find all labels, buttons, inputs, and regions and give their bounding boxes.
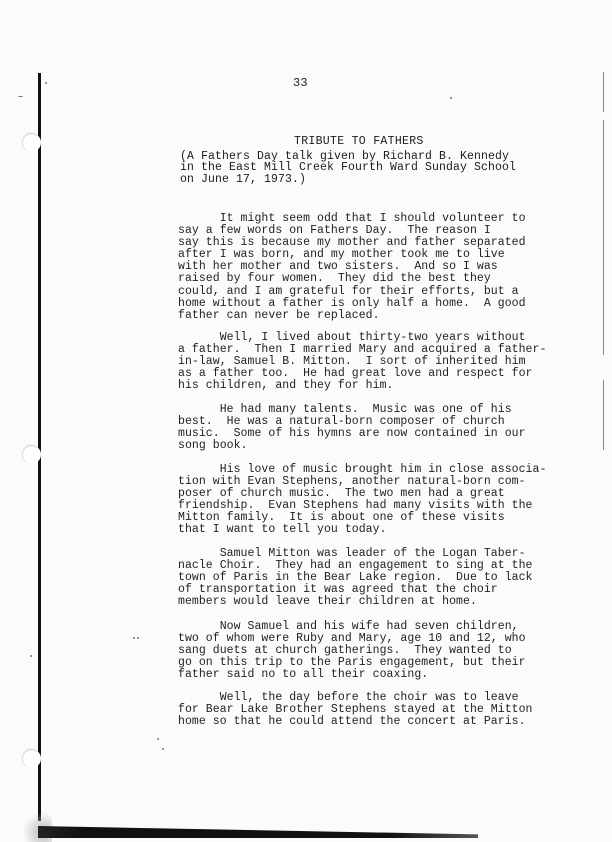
binder-hole-mark bbox=[22, 133, 41, 152]
right-margin-rule-segment bbox=[603, 72, 604, 112]
scan-speck bbox=[30, 655, 32, 657]
document-subtitle: (A Fathers Day talk given by Richard B. … bbox=[180, 151, 516, 185]
bottom-margin-rule bbox=[38, 826, 478, 838]
text-line: music. Some of his hymns are now contain… bbox=[178, 427, 526, 440]
text-line: say this is because my mother and father… bbox=[178, 236, 526, 249]
scan-speck bbox=[45, 82, 47, 84]
text-line: after I was born, and my mother took me … bbox=[178, 248, 505, 261]
right-margin-rule-segment bbox=[603, 120, 604, 355]
text-line: father said no to all their coaxing. bbox=[178, 668, 428, 681]
paragraph: His love of music brought him in close a… bbox=[178, 464, 546, 537]
scan-speck bbox=[162, 748, 164, 750]
scan-speck bbox=[450, 97, 452, 99]
paragraph: It might seem odd that I should voluntee… bbox=[178, 213, 526, 322]
text-line: Mitton family. It is about one of these … bbox=[178, 511, 505, 524]
text-line: in-law, Samuel B. Mitton. I sort of inhe… bbox=[178, 355, 526, 368]
scan-speck bbox=[157, 738, 159, 740]
text-line: town of Paris in the Bear Lake region. D… bbox=[178, 571, 533, 584]
paragraph: He had many talents. Music was one of hi… bbox=[178, 404, 526, 452]
binder-hole-mark bbox=[22, 749, 41, 768]
paragraph: Samuel Mitton was leader of the Logan Ta… bbox=[178, 548, 533, 608]
text-line: of transportation it was agreed that the… bbox=[178, 583, 498, 596]
text-line: friendship. Evan Stephens had many visit… bbox=[178, 499, 533, 512]
scan-speck bbox=[133, 637, 135, 639]
text-line: sang duets at church gatherings. They wa… bbox=[178, 644, 512, 657]
text-line: Well, the day before the choir was to le… bbox=[178, 691, 519, 704]
text-line: for Bear Lake Brother Stephens stayed at… bbox=[178, 703, 533, 716]
text-line: raised by four women. They did the best … bbox=[178, 272, 491, 285]
page-number: 33 bbox=[293, 76, 308, 90]
text-line: could, and I am grateful for their effor… bbox=[178, 285, 519, 298]
text-line: say a few words on Fathers Day. The reas… bbox=[178, 224, 491, 237]
text-line: home so that he could attend the concert… bbox=[178, 715, 526, 728]
text-line: two of whom were Ruby and Mary, age 10 a… bbox=[178, 632, 526, 645]
text-line: Samuel Mitton was leader of the Logan Ta… bbox=[178, 547, 526, 560]
text-line: with her mother and two sisters. And so … bbox=[178, 260, 498, 273]
text-line: go on this trip to the Paris engagement,… bbox=[178, 656, 526, 669]
document-page: 33 TRIBUTE TO FATHERS (A Fathers Day tal… bbox=[0, 0, 612, 842]
text-line: home without a father is only half a hom… bbox=[178, 297, 526, 310]
text-line: nacle Choir. They had an engagement to s… bbox=[178, 559, 533, 572]
text-line: song book. bbox=[178, 439, 248, 452]
text-line: as a father too. He had great love and r… bbox=[178, 367, 533, 380]
text-line: poser of church music. The two men had a… bbox=[178, 487, 505, 500]
text-line: It might seem odd that I should voluntee… bbox=[178, 212, 526, 225]
text-line: His love of music brought him in close a… bbox=[178, 463, 546, 476]
text-line: his children, and they for him. bbox=[178, 379, 394, 392]
scan-speck bbox=[137, 637, 139, 639]
paragraph: Well, I lived about thirty-two years wit… bbox=[178, 332, 546, 392]
binder-hole-mark bbox=[22, 445, 41, 464]
right-margin-rule-segment bbox=[603, 380, 604, 450]
document-title: TRIBUTE TO FATHERS bbox=[294, 135, 424, 148]
text-line: He had many talents. Music was one of hi… bbox=[178, 403, 512, 416]
text-line: best. He was a natural-born composer of … bbox=[178, 415, 505, 428]
text-line: father can never be replaced. bbox=[178, 309, 380, 322]
scan-speck bbox=[18, 96, 23, 97]
left-margin-rule bbox=[38, 73, 41, 821]
subtitle-line: on June 17, 1973.) bbox=[180, 173, 306, 186]
text-line: a father. Then I married Mary and acquir… bbox=[178, 343, 546, 356]
text-line: Now Samuel and his wife had seven childr… bbox=[178, 620, 519, 633]
text-line: members would leave their children at ho… bbox=[178, 595, 477, 608]
text-line: Well, I lived about thirty-two years wit… bbox=[178, 331, 526, 344]
text-line: that I want to tell you today. bbox=[178, 523, 387, 536]
paragraph: Now Samuel and his wife had seven childr… bbox=[178, 621, 526, 681]
text-line: tion with Evan Stephens, another natural… bbox=[178, 475, 526, 488]
paragraph: Well, the day before the choir was to le… bbox=[178, 692, 533, 728]
